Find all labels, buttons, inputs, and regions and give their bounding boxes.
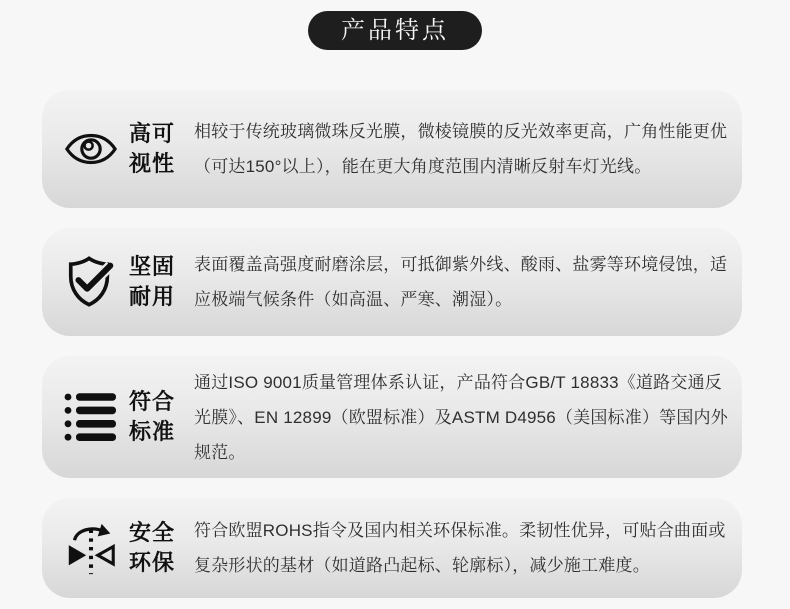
feature-title: 符合 标准 <box>129 387 177 447</box>
feature-card-durability: 坚固 耐用 表面覆盖高强度耐磨涂层，可抵御紫外线、酸雨、盐雾等环境侵蚀，适应极端… <box>42 228 742 336</box>
feature-description: 通过ISO 9001质量管理体系认证，产品符合GB/T 18833《道路交通反光… <box>194 365 738 470</box>
feature-description: 符合欧盟ROHS指令及国内相关环保标准。柔韧性优异，可贴合曲面或复杂形状的基材（… <box>194 513 738 583</box>
feature-description: 相较于传统玻璃微珠反光膜，微棱镜膜的反光效率更高，广角性能更优（可达150°以上… <box>194 114 738 184</box>
feature-card-eco: 安全 环保 符合欧盟ROHS指令及国内相关环保标准。柔韧性优异，可贴合曲面或复杂… <box>42 498 742 598</box>
page-title: 产品特点 <box>308 11 482 50</box>
feature-title: 坚固 耐用 <box>129 252 177 312</box>
eye-icon <box>63 132 119 166</box>
feature-description: 表面覆盖高强度耐磨涂层，可抵御紫外线、酸雨、盐雾等环境侵蚀，适应极端气候条件（如… <box>194 247 738 317</box>
list-icon <box>63 392 119 442</box>
feature-card-standards: 符合 标准 通过ISO 9001质量管理体系认证，产品符合GB/T 18833《… <box>42 356 742 478</box>
feature-title: 安全 环保 <box>129 518 177 578</box>
feature-card-list: 高可 视性 相较于传统玻璃微珠反光膜，微棱镜膜的反光效率更高，广角性能更优（可达… <box>42 90 742 598</box>
feature-card-visibility: 高可 视性 相较于传统玻璃微珠反光膜，微棱镜膜的反光效率更高，广角性能更优（可达… <box>42 90 742 208</box>
feature-title: 高可 视性 <box>129 119 177 179</box>
flip-horizontal-icon <box>63 519 119 577</box>
shield-check-icon <box>63 255 119 309</box>
